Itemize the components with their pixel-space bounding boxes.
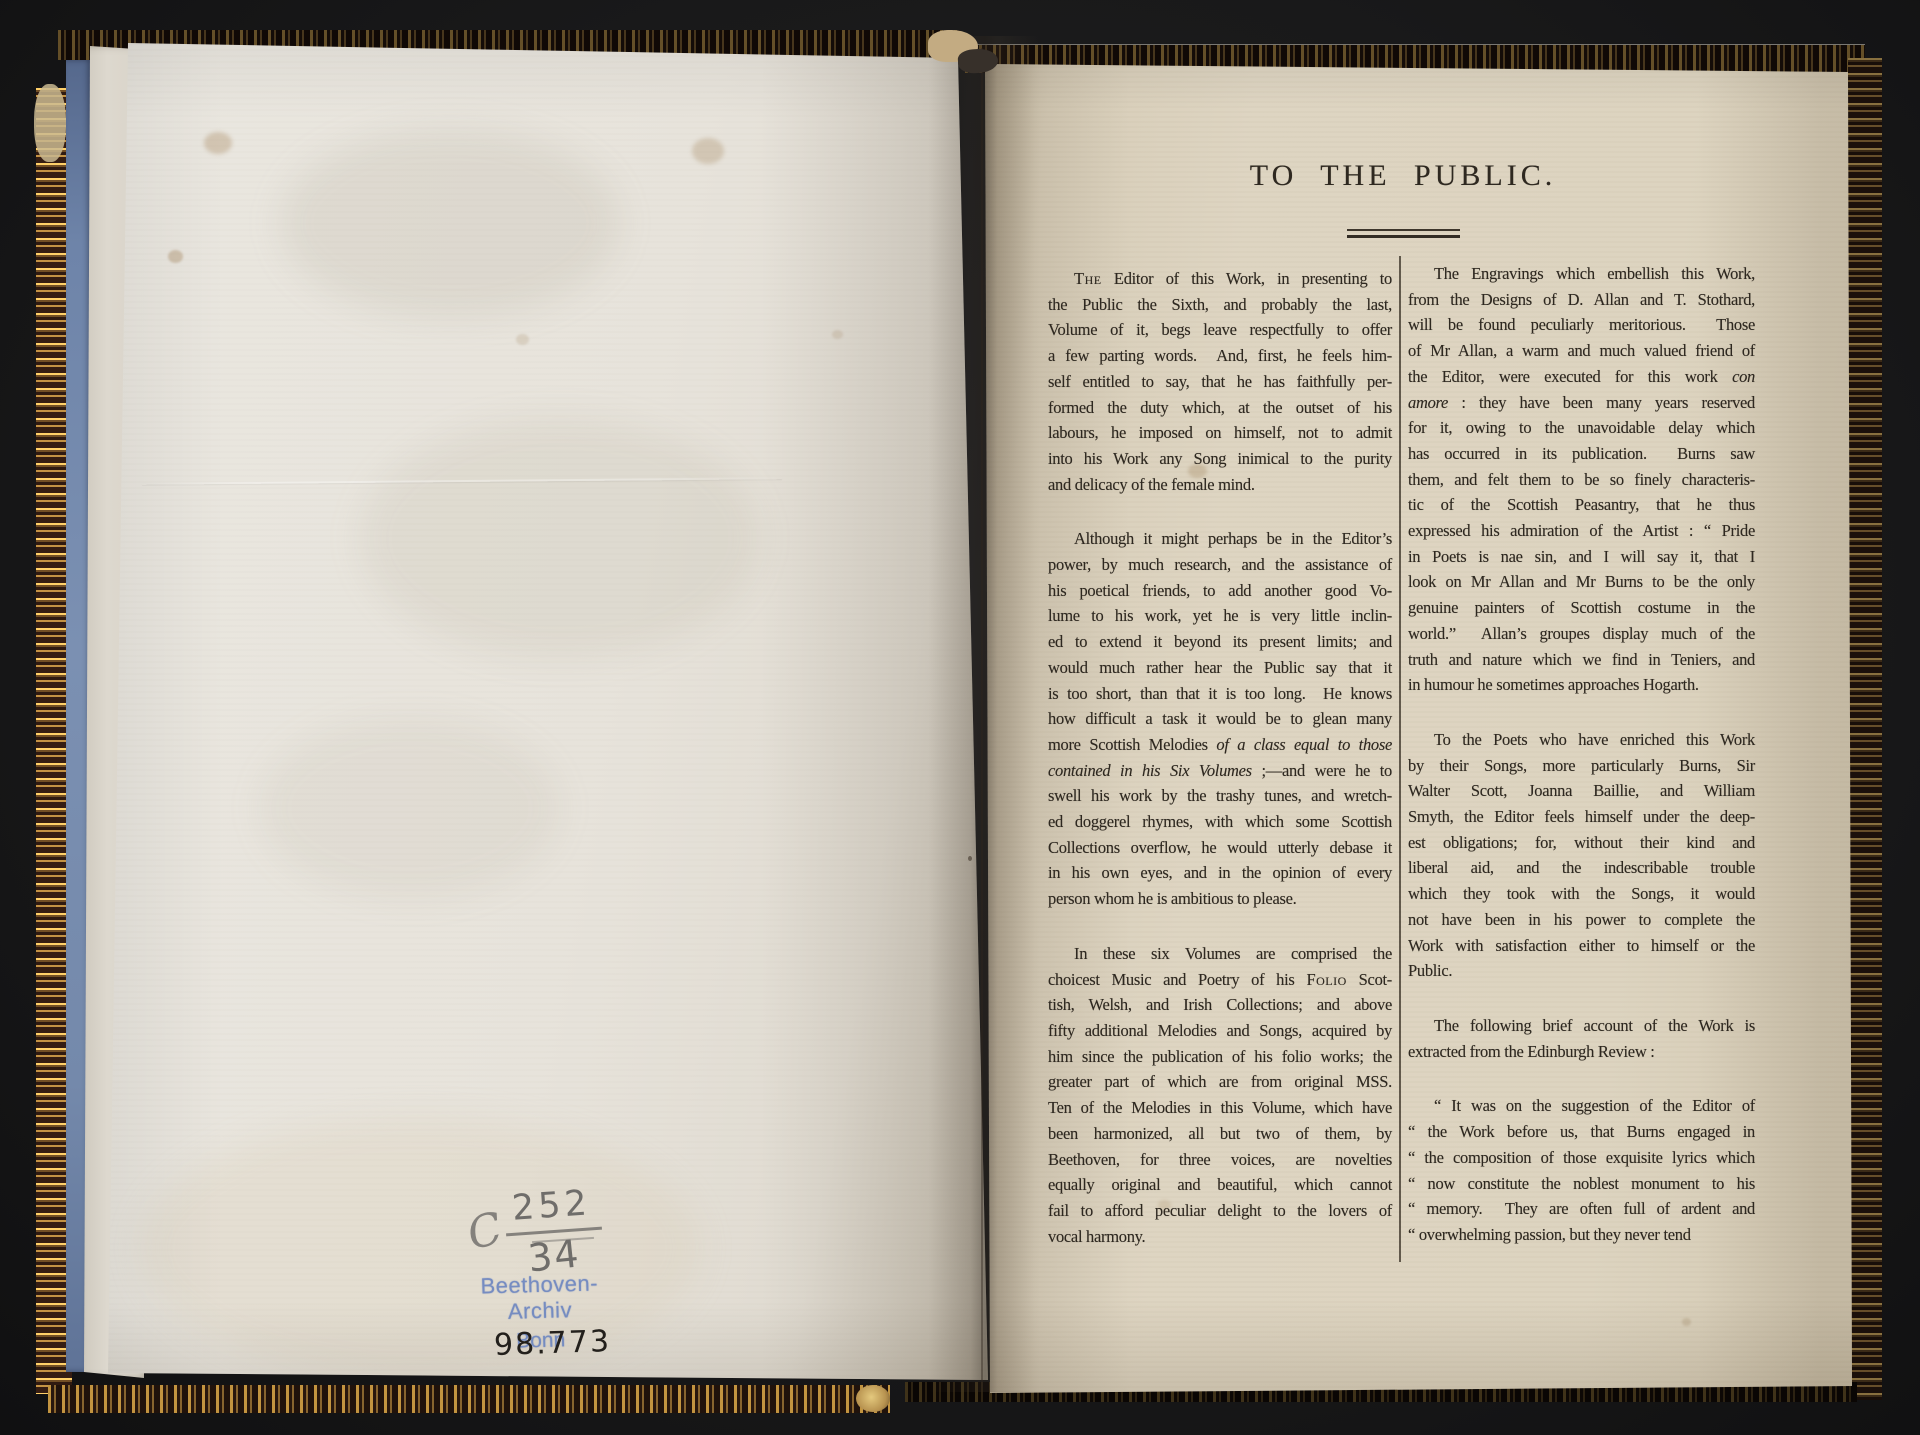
text-line: which they took with the Songs, it would [1408, 881, 1755, 907]
text-line: The following brief account of the Work … [1408, 1013, 1755, 1039]
text-column-left: The Editor of this Work, in presenting t… [1048, 266, 1392, 1278]
text-line: not have been in his power to complete t… [1408, 907, 1755, 933]
gilt-border-right [1848, 58, 1882, 1400]
left-page-shading [100, 38, 992, 1383]
foxing-spot [1682, 1318, 1691, 1326]
show-through-ghost [280, 128, 620, 318]
paragraph: The Editor of this Work, in presenting t… [1048, 266, 1392, 497]
foxing-spot [692, 138, 724, 164]
text-line: equally original and beautiful, which ca… [1048, 1172, 1392, 1198]
text-line: labours, he imposed on himself, not to a… [1048, 420, 1392, 446]
stamp-line-1: Beethoven-Archiv [449, 1270, 630, 1327]
text-line: power, by much research, and the assista… [1048, 552, 1392, 578]
text-line: liberal aid, and the indescribable troub… [1408, 855, 1755, 881]
paragraph: “ It was on the suggestion of the Editor… [1408, 1093, 1755, 1247]
text-line: choicest Music and Poetry of his Folio S… [1048, 967, 1392, 993]
text-line: extracted from the Edinburgh Review : [1408, 1039, 1755, 1065]
text-line: been harmonized, all but two of them, by [1048, 1121, 1392, 1147]
text-line: from the Designs of D. Allan and T. Stot… [1408, 287, 1755, 313]
text-line: them, and felt them to be so finely char… [1408, 467, 1755, 493]
text-line: ed doggerel rhymes, with which some Scot… [1048, 809, 1392, 835]
heading-double-rule [1347, 229, 1460, 238]
text-line: Work with satisfaction either to himself… [1408, 933, 1755, 959]
left-page [100, 38, 992, 1383]
foxing-spot [204, 132, 232, 154]
text-line: the Editor, were executed for this work … [1408, 364, 1755, 390]
text-line: ed to extend it beyond its present limit… [1048, 629, 1392, 655]
text-line: of Mr Allan, a warm and much valued frie… [1408, 338, 1755, 364]
gilt-corner-knob [856, 1385, 890, 1412]
text-line: Walter Scott, Joanna Baillie, and Willia… [1408, 778, 1755, 804]
book-photograph: TO THE PUBLIC. The Editor of this Work, … [0, 0, 1920, 1435]
text-line: formed the duty which, at the outset of … [1048, 395, 1392, 421]
text-line: his poetical friends, to add another goo… [1048, 578, 1392, 604]
text-line: amore : they have been many years reserv… [1408, 390, 1755, 416]
text-line: and delicacy of the female mind. [1048, 472, 1392, 498]
text-line: truth and nature which we find in Tenier… [1408, 647, 1755, 673]
text-line: self entitled to say, that he has faithf… [1048, 369, 1392, 395]
text-line: world.” Allan’s groupes display much of … [1408, 621, 1755, 647]
text-line: swell his work by the trashy tunes, and … [1048, 783, 1392, 809]
text-line: genuine painters of Scottish costume in … [1408, 595, 1755, 621]
text-line: a few parting words. And, first, he feel… [1048, 343, 1392, 369]
foxing-spot [168, 250, 183, 263]
text-line: fifty additional Melodies and Songs, acq… [1048, 1018, 1392, 1044]
gilt-border-bottom-left [48, 1385, 890, 1413]
ink-speck [968, 856, 972, 861]
text-line: will be found peculiarly meritorious. Th… [1408, 312, 1755, 338]
text-line: more Scottish Melodies of a class equal … [1048, 732, 1392, 758]
text-line: fail to afford peculiar delight to the l… [1048, 1198, 1392, 1224]
text-column-right: The Engravings which embellish this Work… [1408, 261, 1755, 1277]
text-line: The Editor of this Work, in presenting t… [1048, 266, 1392, 292]
text-line: “ It was on the suggestion of the Editor… [1408, 1093, 1755, 1119]
text-line: Beethoven, for three voices, are novelti… [1048, 1147, 1392, 1173]
show-through-ghost [260, 718, 560, 898]
paragraph: Although it might perhaps be in the Edit… [1048, 526, 1392, 912]
text-line: in humour he sometimes approaches Hogart… [1408, 672, 1755, 698]
text-line: would much rather hear the Public say th… [1048, 655, 1392, 681]
text-line: “ now constitute the noblest monument to… [1408, 1171, 1755, 1197]
text-line: for it, owing to the unavoidable delay w… [1408, 415, 1755, 441]
text-line: in Poets is nae sin, and I will say it, … [1408, 544, 1755, 570]
text-line: has occurred in its publication. Burns s… [1408, 441, 1755, 467]
text-line: The Engravings which embellish this Work… [1408, 261, 1755, 287]
text-line: Collections overflow, he would utterly d… [1048, 835, 1392, 861]
text-line: In these six Volumes are comprised the [1048, 941, 1392, 967]
accession-number: 98.773 [493, 1324, 611, 1363]
text-line: contained in his Six Volumes ;—and were … [1048, 758, 1392, 784]
paragraph: In these six Volumes are comprised thech… [1048, 941, 1392, 1249]
text-line: greater part of which are from original … [1048, 1069, 1392, 1095]
text-line: into his Work any Song inimical to the p… [1048, 446, 1392, 472]
paragraph: The following brief account of the Work … [1408, 1013, 1755, 1064]
text-line: Smyth, the Editor feels himself under th… [1408, 804, 1755, 830]
text-line: him since the publication of his folio w… [1048, 1044, 1392, 1070]
paragraph: To the Poets who have enriched this Work… [1408, 727, 1755, 984]
text-line: To the Poets who have enriched this Work [1408, 727, 1755, 753]
text-line: in his own eyes, and in the opinion of e… [1048, 860, 1392, 886]
text-line: the Public the Sixth, and probably the l… [1048, 292, 1392, 318]
text-line: expressed his admiration of the Artist :… [1408, 518, 1755, 544]
gutter-fold-line [981, 48, 983, 1388]
foxing-spot [516, 334, 529, 345]
text-line: person whom he is ambitious to please. [1048, 886, 1392, 912]
text-line: “ overwhelming passion, but they never t… [1408, 1222, 1755, 1248]
foxing-spot [832, 330, 843, 339]
text-line: is too short, than that it is too long. … [1048, 681, 1392, 707]
text-line: “ the composition of those exquisite lyr… [1408, 1145, 1755, 1171]
text-line: Volume of it, begs leave respectfully to… [1048, 317, 1392, 343]
text-line: look on Mr Allan and Mr Burns to be the … [1408, 569, 1755, 595]
text-line: vocal harmony. [1048, 1224, 1392, 1250]
text-line: by their Songs, more particularly Burns,… [1408, 753, 1755, 779]
text-line: Public. [1408, 958, 1755, 984]
text-line: est obligations; for, without their kind… [1408, 830, 1755, 856]
column-divider-rule [1399, 256, 1401, 1262]
page-heading: TO THE PUBLIC. [1150, 158, 1656, 194]
text-line: lume to his work, yet he is very little … [1048, 603, 1392, 629]
text-line: tish, Welsh, and Irish Collections; and … [1048, 992, 1392, 1018]
text-line: tic of the Scottish Peasantry, that he t… [1408, 492, 1755, 518]
text-line: Ten of the Melodies in this Volume, whic… [1048, 1095, 1392, 1121]
binding-corner-wear [34, 84, 66, 162]
text-line: “ the Work before us, that Burns engaged… [1408, 1119, 1755, 1145]
text-line: Although it might perhaps be in the Edit… [1048, 526, 1392, 552]
show-through-ghost [360, 418, 760, 658]
pencil-shelfmark-numerator: 252 [511, 1183, 592, 1228]
paragraph: The Engravings which embellish this Work… [1408, 261, 1755, 698]
text-line: “ memory. They are often full of ardent … [1408, 1196, 1755, 1222]
text-line: how difficult a task it would be to glea… [1048, 706, 1392, 732]
